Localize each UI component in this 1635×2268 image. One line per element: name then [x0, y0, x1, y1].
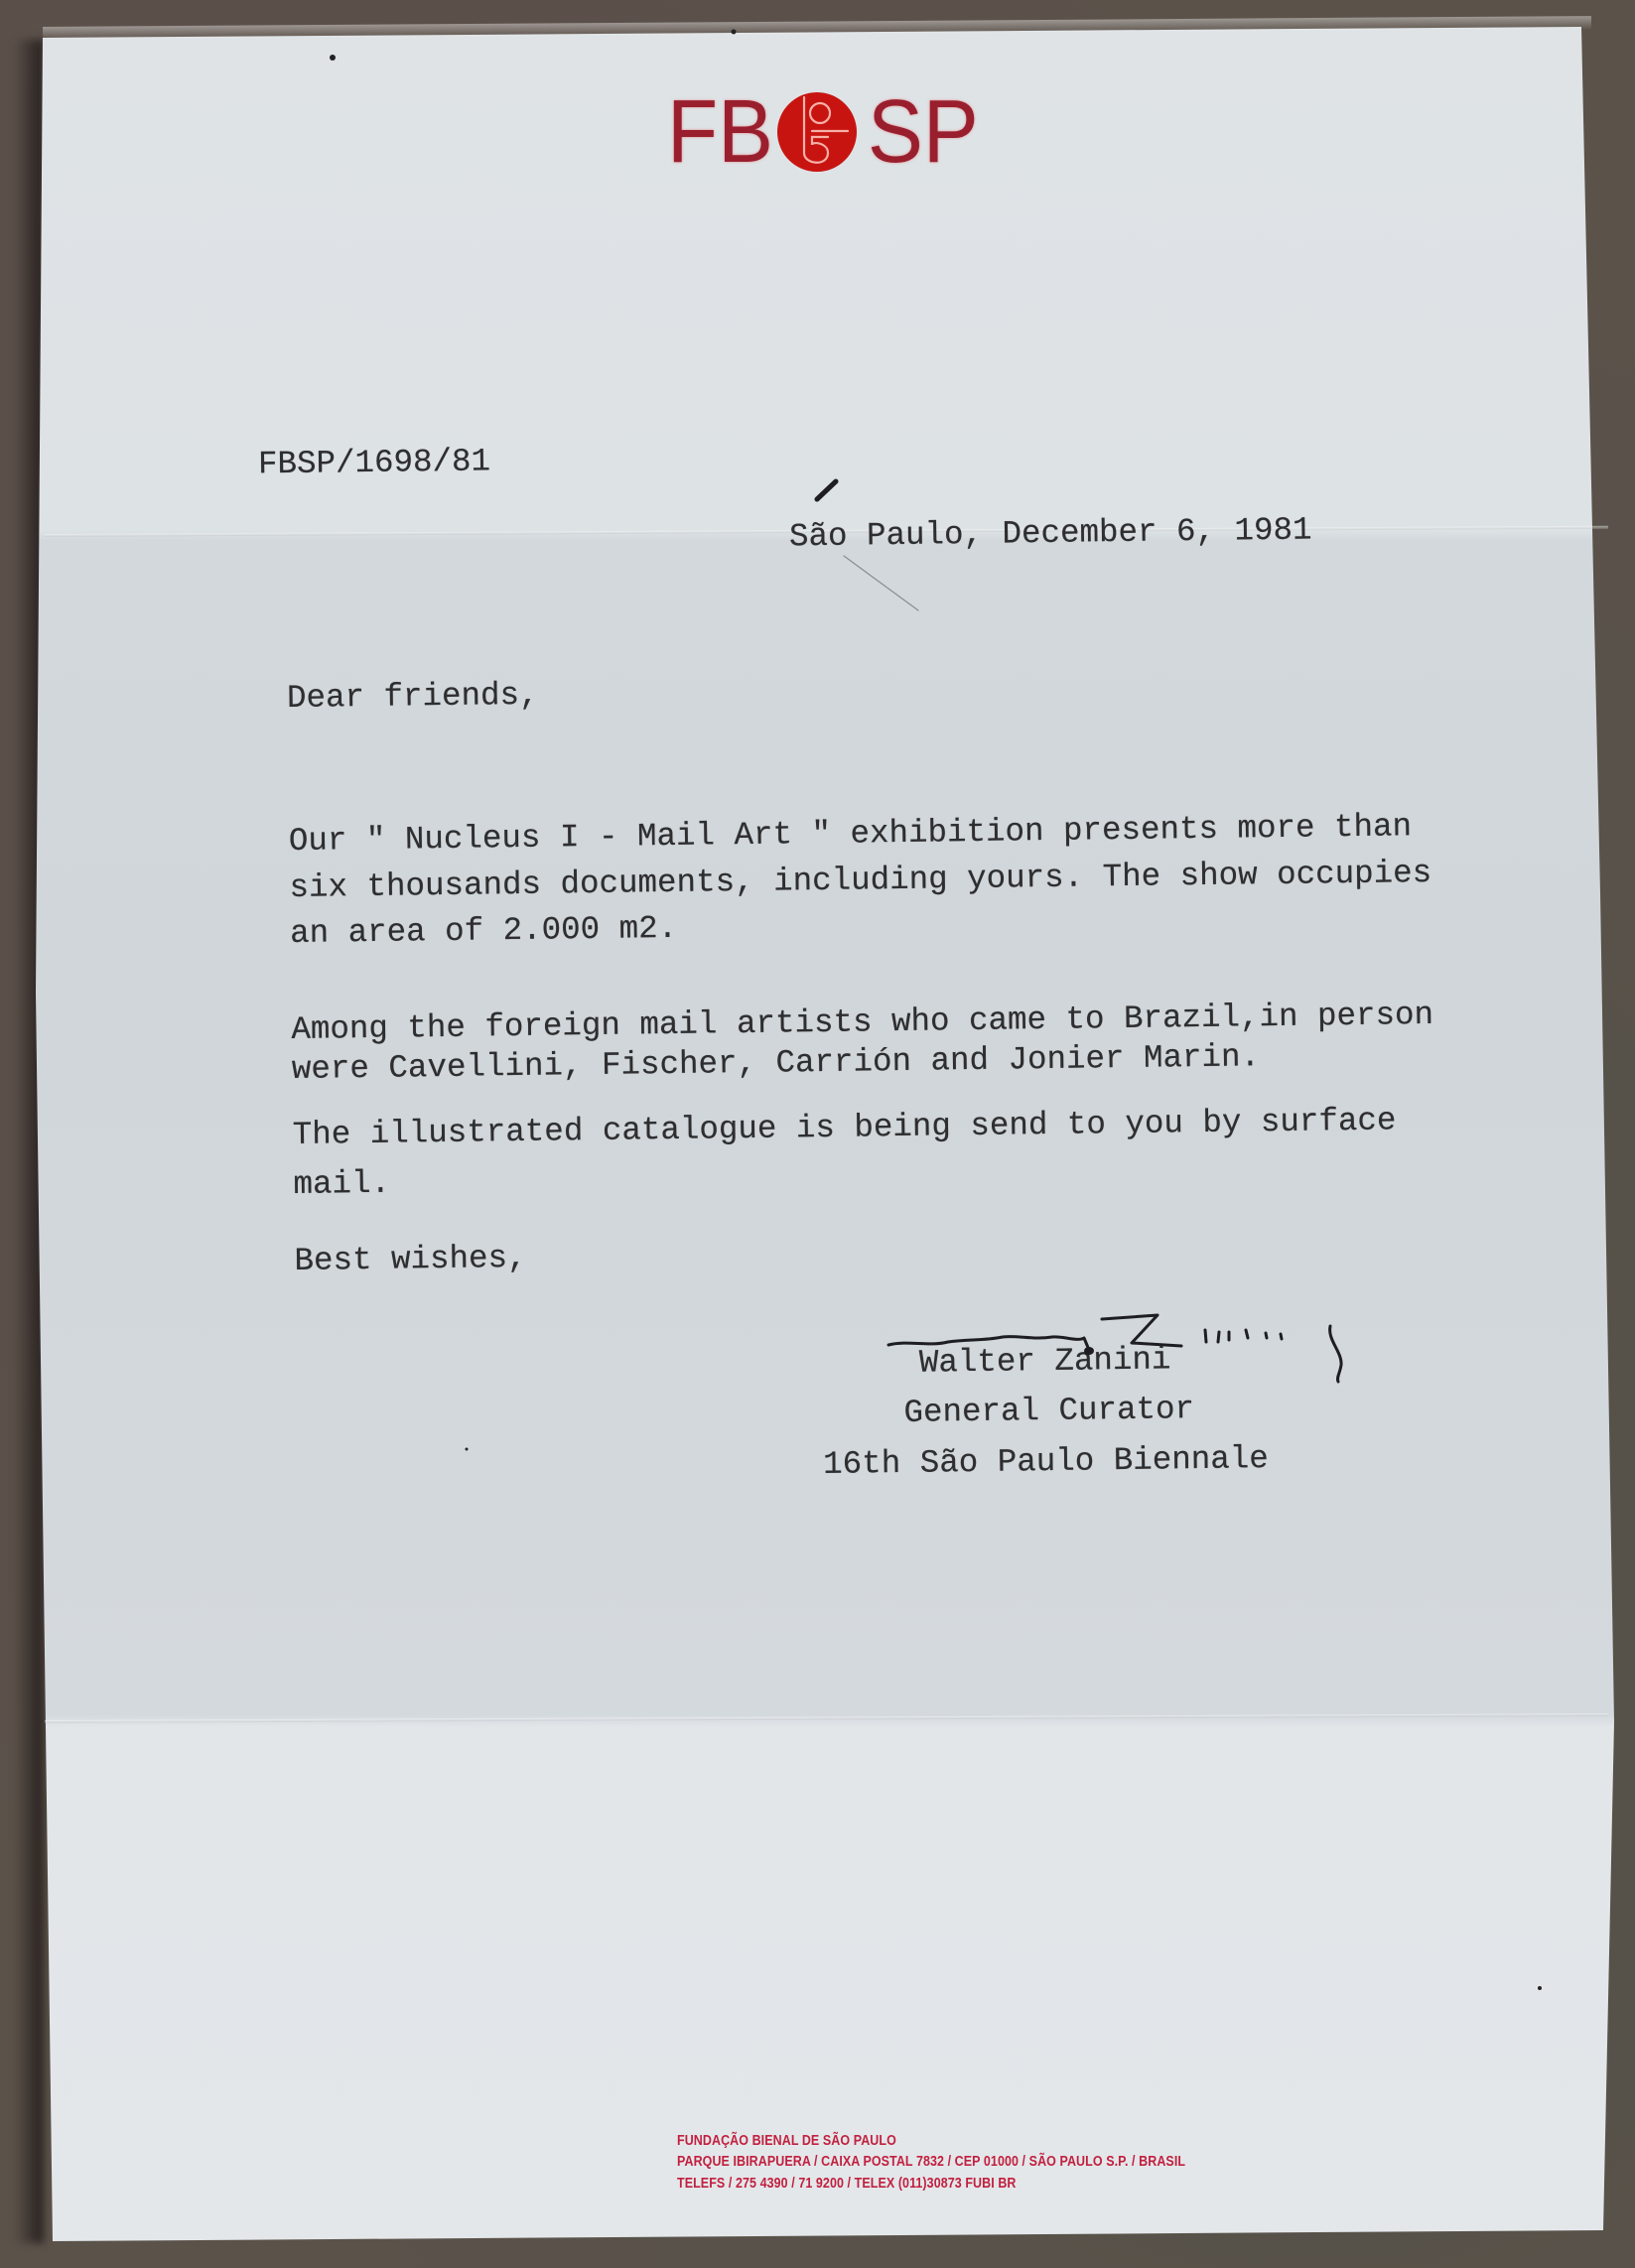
handwritten-signature: [888, 1315, 1341, 1382]
footer-address: PARQUE IBIRAPUERA / CAIXA POSTAL 7832 / …: [677, 2155, 1185, 2170]
pen-mark: [817, 481, 918, 610]
footer-telephone: TELEFS / 275 4390 / 71 9200 / TELEX (011…: [677, 2177, 1017, 2192]
footer-foundation-name: FUNDAÇÃO BIENAL DE SÃO PAULO: [677, 2134, 896, 2149]
paper-specks: [330, 30, 1542, 1991]
ink-marks: [0, 0, 1635, 2268]
